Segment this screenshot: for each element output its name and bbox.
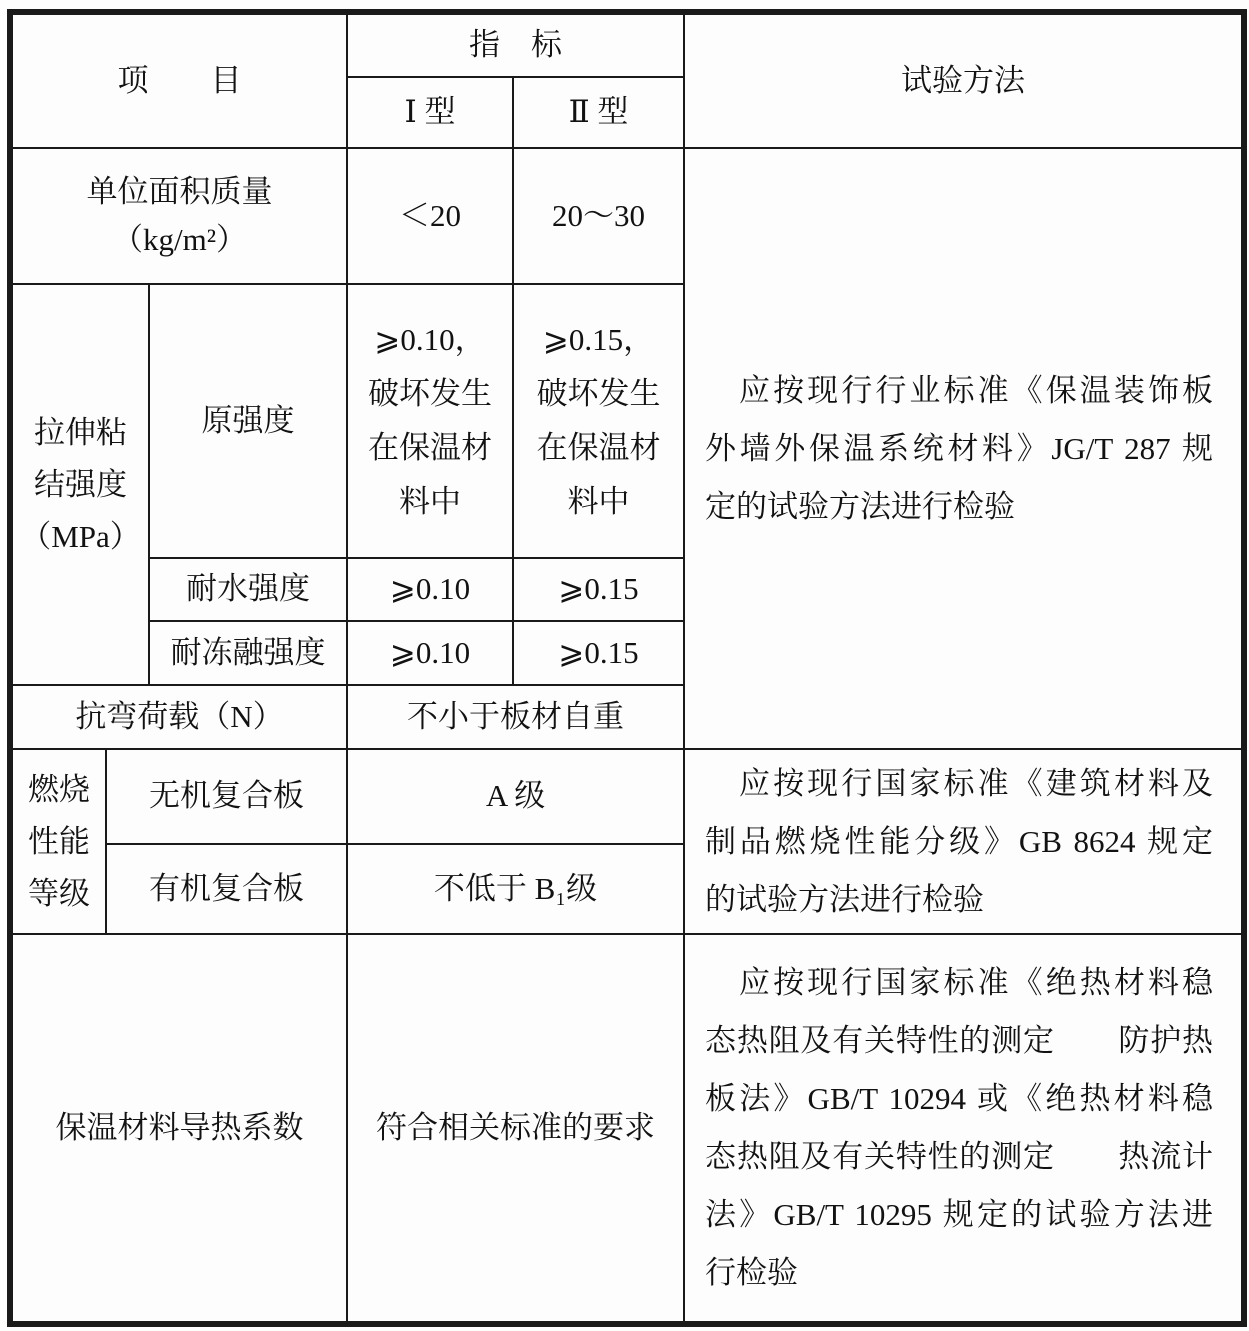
combustion-inorganic-name-cell: 无机复合板 bbox=[106, 749, 347, 844]
bending-label-cell: 抗弯荷载（N） bbox=[10, 685, 347, 749]
spec-table: 项 目 指 标 试验方法 Ⅰ 型 Ⅱ 型 单位面积质量 （kg/m²） ＜20 … bbox=[7, 9, 1247, 1327]
tensile-orig-type2-cell: ⩾0.15， 破坏发生 在保温材 料中 bbox=[513, 284, 684, 558]
tensile-orig-name-cell: 原强度 bbox=[149, 284, 347, 558]
scanned-standard-page: 项 目 指 标 试验方法 Ⅰ 型 Ⅱ 型 单位面积质量 （kg/m²） ＜20 … bbox=[0, 0, 1249, 1331]
thermal-value-cell: 符合相关标准的要求 bbox=[347, 934, 684, 1324]
tensile-freeze-type1-cell: ⩾0.10 bbox=[347, 621, 513, 685]
tensile-freeze-name-cell: 耐冻融强度 bbox=[149, 621, 347, 685]
thermal-label-cell: 保温材料导热系数 bbox=[10, 934, 347, 1324]
unit-mass-type1-cell: ＜20 bbox=[347, 148, 513, 284]
unit-mass-type2-cell: 20～30 bbox=[513, 148, 684, 284]
tensile-water-name-cell: 耐水强度 bbox=[149, 558, 347, 621]
combustion-label-cell: 燃烧 性能 等级 bbox=[10, 749, 106, 934]
tensile-water-type1-cell: ⩾0.10 bbox=[347, 558, 513, 621]
tensile-label-cell: 拉伸粘 结强度 （MPa） bbox=[10, 284, 149, 685]
tensile-water-type2-cell: ⩾0.15 bbox=[513, 558, 684, 621]
header-type1-cell: Ⅰ 型 bbox=[347, 77, 513, 148]
header-type2-cell: Ⅱ 型 bbox=[513, 77, 684, 148]
test-method-1-cell: 应按现行行业标准《保温装饰板外墙外保温系统材料》JG/T 287 规定的试验方法… bbox=[684, 148, 1244, 749]
header-index-cell: 指 标 bbox=[347, 12, 684, 77]
unit-mass-label-cell: 单位面积质量 （kg/m²） bbox=[10, 148, 347, 284]
test-method-2-cell: 应按现行国家标准《建筑材料及制品燃烧性能分级》GB 8624 规定的试验方法进行… bbox=[684, 749, 1244, 934]
header-item-cell: 项 目 bbox=[10, 12, 347, 148]
combustion-organic-value-cell: 不低于 B₁级 bbox=[347, 844, 684, 934]
bending-value-cell: 不小于板材自重 bbox=[347, 685, 684, 749]
tensile-freeze-type2-cell: ⩾0.15 bbox=[513, 621, 684, 685]
combustion-inorganic-value-cell: A 级 bbox=[347, 749, 684, 844]
tensile-orig-type1-cell: ⩾0.10， 破坏发生 在保温材 料中 bbox=[347, 284, 513, 558]
test-method-3-cell: 应按现行国家标准《绝热材料稳态热阻及有关特性的测定 防护热板法》GB/T 102… bbox=[684, 934, 1244, 1324]
header-method-cell: 试验方法 bbox=[684, 12, 1244, 148]
combustion-organic-name-cell: 有机复合板 bbox=[106, 844, 347, 934]
